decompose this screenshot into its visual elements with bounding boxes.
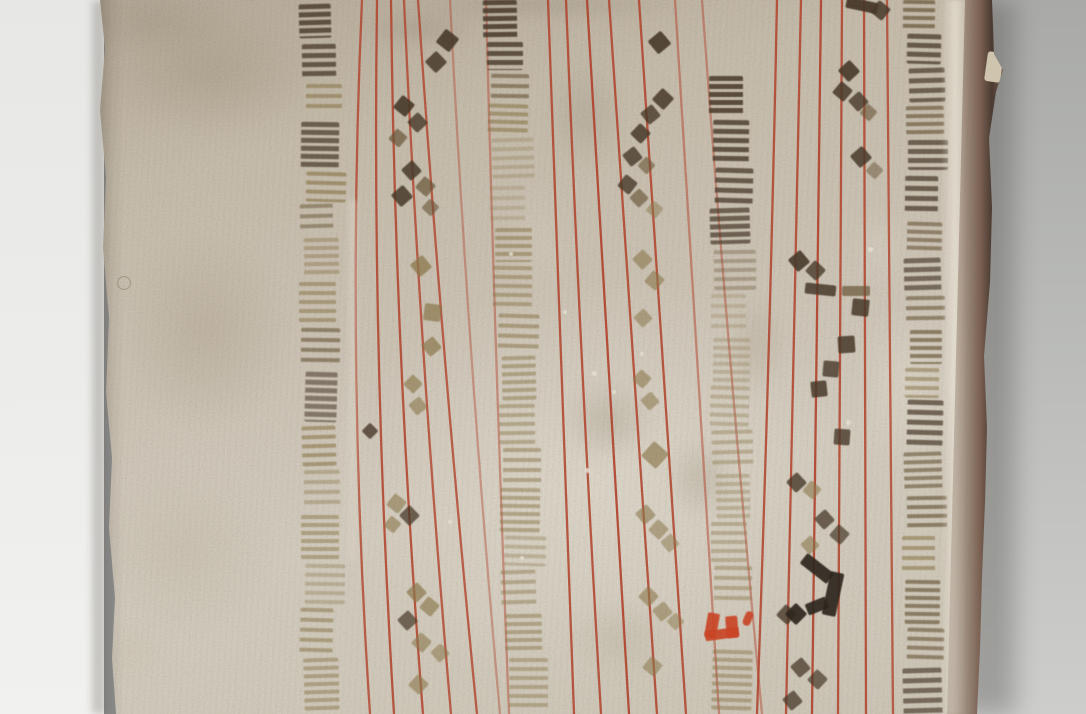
background-left (0, 0, 104, 714)
manuscript-book (0, 0, 1086, 714)
photo-scene (0, 0, 1086, 714)
parchment-grain (0, 0, 1086, 714)
